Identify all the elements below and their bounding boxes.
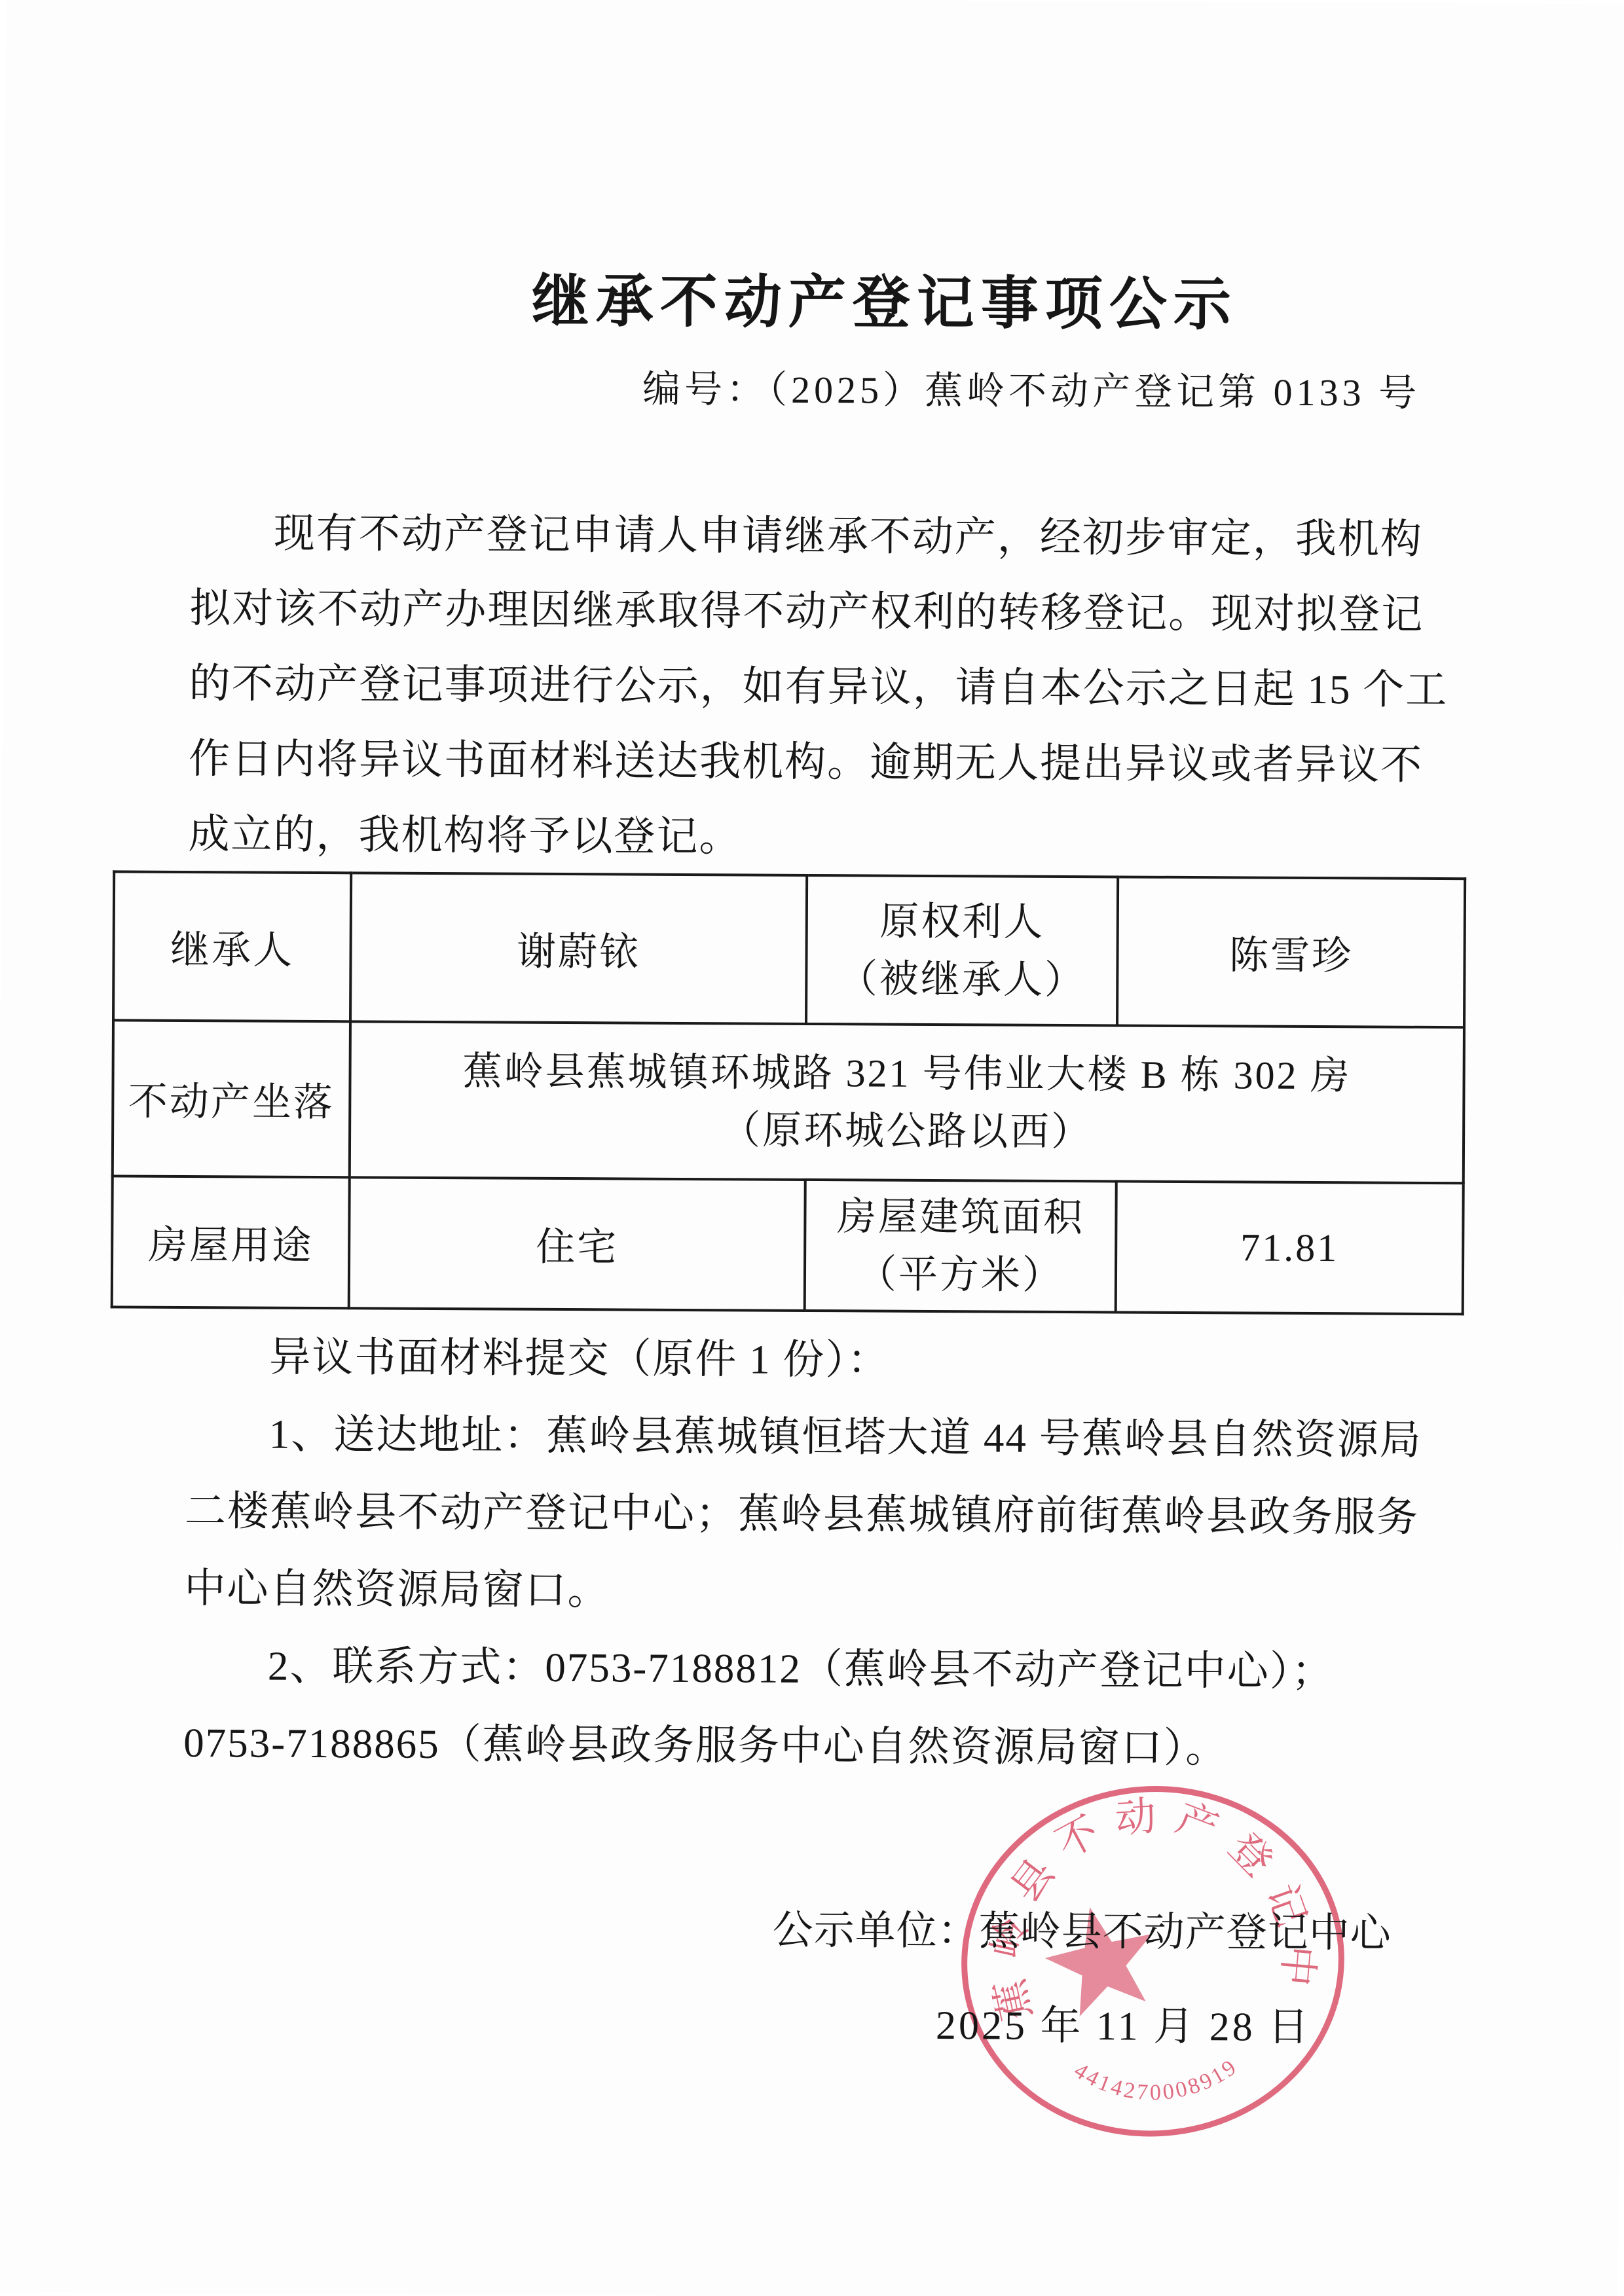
cell-original-holder-label: 原权利人 （被继承人） bbox=[806, 875, 1118, 1025]
cell-original-holder-value: 陈雪珍 bbox=[1117, 877, 1465, 1027]
signature-unit: 公示单位：蕉岭县不动产登记中心 bbox=[773, 1897, 1392, 1959]
location-line2: （原环城公路以西） bbox=[351, 1099, 1462, 1163]
body-line: 作日内将异议书面材料送达我机构。逾期无人提出异议或者异议不 bbox=[189, 721, 1414, 803]
page-title: 继承不动产登记事项公示 bbox=[531, 255, 1238, 342]
notes-line: 二楼蕉岭县不动产登记中心；蕉岭县蕉城镇府前街蕉岭县政务服务 bbox=[185, 1472, 1436, 1556]
notes-line: 中心自然资源局窗口。 bbox=[184, 1550, 1435, 1633]
body-line: 的不动产登记事项进行公示，如有异议，请自本公示之日起 15 个工 bbox=[189, 646, 1414, 728]
notes-line: 1、送达地址：蕉岭县蕉城镇恒塔大道 44 号蕉岭县自然资源局 bbox=[185, 1395, 1436, 1479]
registration-table: 继承人 谢蔚铱 原权利人 （被继承人） 陈雪珍 不动产坐落 蕉岭县蕉城镇环城路 … bbox=[111, 870, 1466, 1315]
area-label-line2: （平方米） bbox=[806, 1245, 1115, 1304]
table-row: 继承人 谢蔚铱 原权利人 （被继承人） 陈雪珍 bbox=[113, 871, 1465, 1027]
notice-page: 继承不动产登记事项公示 编号：（2025）蕉岭不动产登记第 0133 号 现有不… bbox=[0, 0, 1624, 2296]
cell-location-value: 蕉岭县蕉城镇环城路 321 号伟业大楼 B 栋 302 房 （原环城公路以西） bbox=[350, 1021, 1464, 1183]
cell-area-value: 71.81 bbox=[1116, 1181, 1464, 1314]
notes-line: 2、联系方式：0753-7188812（蕉岭县不动产登记中心）； bbox=[184, 1627, 1435, 1711]
table-row: 不动产坐落 蕉岭县蕉城镇环城路 321 号伟业大楼 B 栋 302 房 （原环城… bbox=[113, 1020, 1464, 1183]
notice-body: 现有不动产登记申请人申请继承不动产，经初步审定，我机构 拟对该不动产办理因继承取… bbox=[188, 496, 1414, 879]
notes-line: 异议书面材料提交（原件 1 份）： bbox=[185, 1318, 1437, 1402]
cell-area-label: 房屋建筑面积 （平方米） bbox=[805, 1180, 1116, 1312]
body-line: 现有不动产登记申请人申请继承不动产，经初步审定，我机构 bbox=[190, 496, 1415, 577]
official-seal-stamp: 蕉岭县不动产登记中心 4414270008919 bbox=[941, 1762, 1369, 2157]
signature-date: 2025 年 11 月 28 日 bbox=[936, 1992, 1312, 2052]
cell-location-label: 不动产坐落 bbox=[113, 1020, 350, 1177]
original-holder-line2: （被继承人） bbox=[807, 949, 1116, 1008]
seal-serial-number: 4414270008919 bbox=[1068, 2045, 1244, 2112]
area-label-line1: 房屋建筑面积 bbox=[806, 1188, 1115, 1247]
cell-heir-value: 谢蔚铱 bbox=[350, 873, 807, 1024]
svg-text:4414270008919: 4414270008919 bbox=[1068, 2045, 1244, 2112]
body-line: 拟对该不动产办理因继承取得不动产权利的转移登记。现对拟登记 bbox=[189, 571, 1414, 653]
body-line: 成立的，我机构将予以登记。 bbox=[188, 797, 1413, 879]
notes-section: 异议书面材料提交（原件 1 份）： 1、送达地址：蕉岭县蕉城镇恒塔大道 44 号… bbox=[183, 1318, 1437, 1788]
location-line1: 蕉岭县蕉城镇环城路 321 号伟业大楼 B 栋 302 房 bbox=[351, 1042, 1462, 1105]
original-holder-line1: 原权利人 bbox=[808, 892, 1116, 951]
cell-usage-value: 住宅 bbox=[349, 1177, 805, 1311]
cell-usage-label: 房屋用途 bbox=[112, 1176, 350, 1308]
table-row: 房屋用途 住宅 房屋建筑面积 （平方米） 71.81 bbox=[112, 1176, 1464, 1314]
cell-heir-label: 继承人 bbox=[113, 871, 351, 1021]
doc-number: 编号：（2025）蕉岭不动产登记第 0133 号 bbox=[642, 358, 1420, 417]
